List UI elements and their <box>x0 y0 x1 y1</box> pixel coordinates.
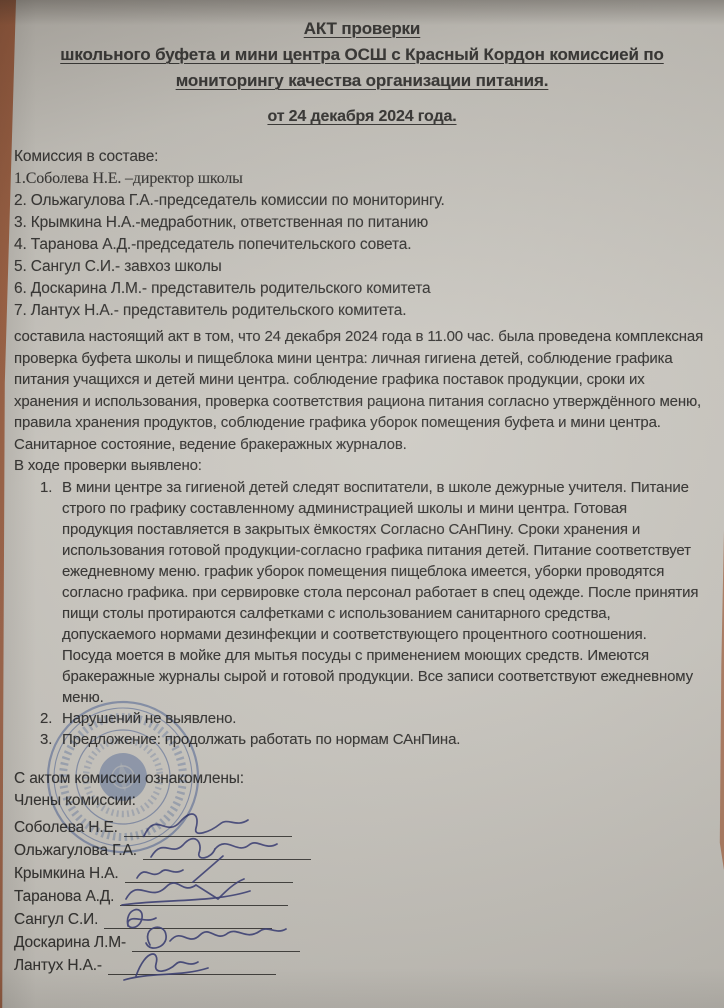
committee-member: 5. Сангул С.И.- завхоз школы <box>14 256 706 278</box>
signature-row: Сангул С.И. <box>14 906 706 929</box>
signature-row: Лантух Н.А.- <box>14 952 706 975</box>
committee-member: 1.Соболева Н.Е. –директор школы <box>14 168 706 190</box>
title-line-3: мониторингу качества организации питания… <box>0 68 724 94</box>
committee-heading: Комиссия в составе: <box>14 146 706 168</box>
finding-number: 1. <box>40 477 62 708</box>
findings-heading: В ходе проверки выявлено: <box>14 455 706 477</box>
signature-name: Крымкина Н.А. <box>14 865 119 883</box>
document-page: АКТ проверки школьного буфета и мини цен… <box>0 0 724 1008</box>
committee-member: 7. Лантух Н.А.- представитель родительск… <box>14 300 706 322</box>
committee-member: 6. Доскарина Л.М.- представитель родител… <box>14 278 706 300</box>
signature-name: Сангул С.И. <box>14 911 98 929</box>
signature-name: Лантух Н.А.- <box>14 957 102 975</box>
signature-name: Таранова А.Д. <box>14 888 114 906</box>
title-line-1: АКТ проверки <box>0 16 724 42</box>
official-round-stamp <box>34 688 212 866</box>
act-paragraph: составила настоящий акт в том, что 24 де… <box>14 326 706 455</box>
handwritten-signature <box>110 942 260 982</box>
title-line-2: школьного буфета и мини центра ОСШ с Кра… <box>0 42 724 68</box>
signature-line <box>108 954 276 975</box>
committee-member: 4. Таранова А.Д.-председатель попечитель… <box>14 234 706 256</box>
finding-item: 1. В мини центре за гигиеной детей следя… <box>14 477 706 708</box>
signature-row: Крымкина Н.А. <box>14 860 706 883</box>
committee-member: 2. Ольжагулова Г.А.-председатель комисси… <box>14 190 706 212</box>
finding-text: В мини центре за гигиеной детей следят в… <box>62 477 706 708</box>
date-line: от 24 декабря 2024 года. <box>0 108 724 126</box>
committee-section: Комиссия в составе: 1.Соболева Н.Е. –дир… <box>14 146 706 322</box>
title-block: АКТ проверки школьного буфета и мини цен… <box>0 0 724 94</box>
committee-member: 3. Крымкина Н.А.-медработник, ответствен… <box>14 212 706 234</box>
